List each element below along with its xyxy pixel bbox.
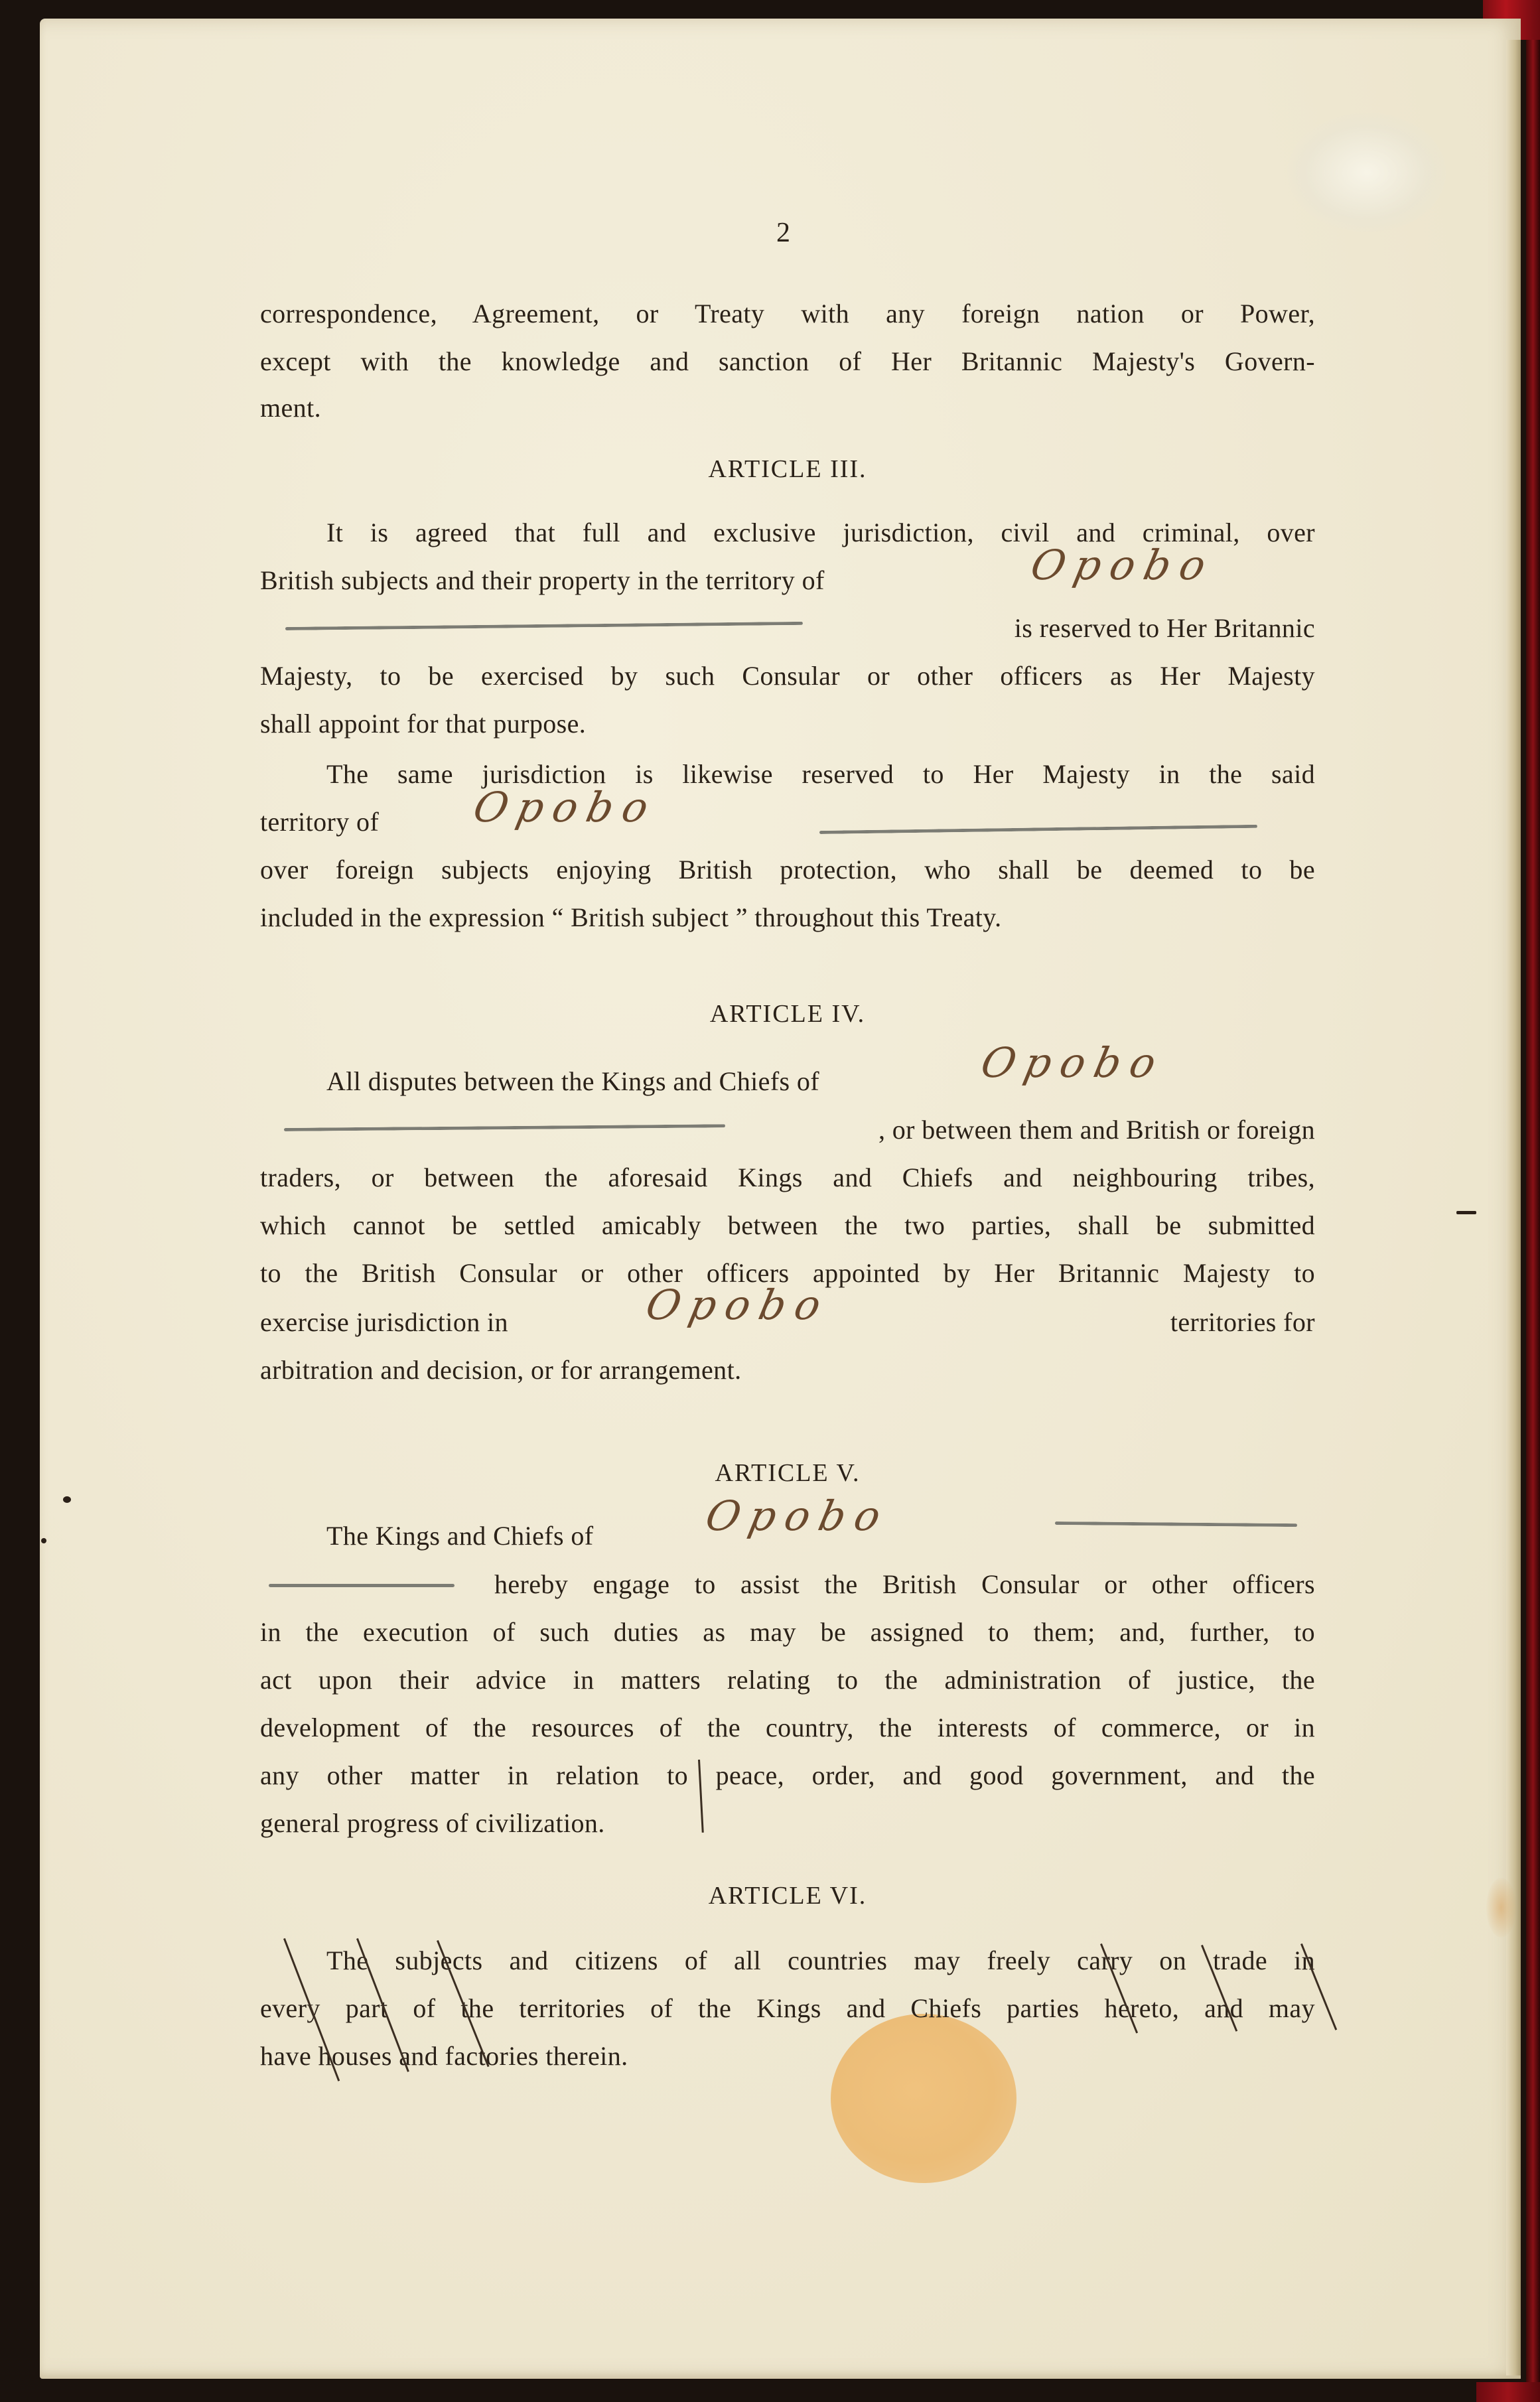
text-line: except with the knowledge and sanction o… [260, 345, 1315, 378]
article-heading: ARTICLE IV. [260, 997, 1315, 1030]
article-heading: ARTICLE V. [260, 1456, 1315, 1490]
text-line: The same jurisdiction is likewise reserv… [260, 758, 1315, 791]
text-line: , or between them and British or foreign [756, 1113, 1315, 1147]
pencil-dash [269, 1584, 455, 1587]
ink-speck [63, 1496, 71, 1503]
embossed-seal [1287, 113, 1446, 232]
text-line: Majesty, to be exercised by such Consula… [260, 660, 1315, 693]
text-line: development of the resources of the coun… [260, 1711, 1315, 1744]
text-line: act upon their advice in matters relatin… [260, 1663, 1315, 1697]
text-line: in the execution of such duties as may b… [260, 1616, 1315, 1649]
red-binding-bottom [1476, 2382, 1540, 2402]
handwritten-territory: Opobo [469, 783, 662, 831]
binding-edge [1526, 0, 1540, 2402]
text-line: correspondence, Agreement, or Treaty wit… [260, 297, 1315, 330]
article-heading: ARTICLE VI. [260, 1879, 1315, 1912]
handwritten-territory: Opobo [701, 1492, 894, 1540]
text-line: over foreign subjects enjoying British p… [260, 853, 1315, 886]
page-number: 2 [776, 217, 790, 249]
text-line: traders, or between the aforesaid Kings … [260, 1161, 1315, 1194]
text-line: is reserved to Her Britannic [949, 612, 1315, 645]
ink-mark [1456, 1211, 1476, 1214]
text-line: every part of the territories of the Kin… [260, 1992, 1315, 2025]
stain [1486, 1878, 1516, 1938]
handwritten-territory: Opobo [642, 1281, 834, 1329]
text-line: ment. [260, 391, 1315, 425]
article-heading: ARTICLE III. [260, 453, 1315, 486]
text-line: territory of [260, 806, 1315, 839]
handwritten-territory: Opobo [977, 1038, 1169, 1087]
text-line: shall appoint for that purpose. [260, 707, 1315, 741]
handwritten-territory: Opobo [1026, 541, 1219, 589]
text-line: general progress of civilization. [260, 1807, 1315, 1840]
text-line: hereby engage to assist the British Cons… [494, 1568, 1315, 1601]
page-edge [1506, 40, 1521, 2375]
ink-speck [41, 1538, 46, 1543]
text-line: which cannot be settled amicably between… [260, 1209, 1315, 1242]
text-line: The subjects and citizens of all countri… [260, 1944, 1315, 1977]
text-line: territories for [1062, 1306, 1315, 1339]
text-line: arbitration and decision, or for arrange… [260, 1354, 1315, 1387]
text-line: have houses and factories therein. [260, 2040, 1315, 2073]
text-line: included in the expression “ British sub… [260, 901, 1315, 934]
text-line: any other matter in relation to peace, o… [260, 1759, 1315, 1792]
